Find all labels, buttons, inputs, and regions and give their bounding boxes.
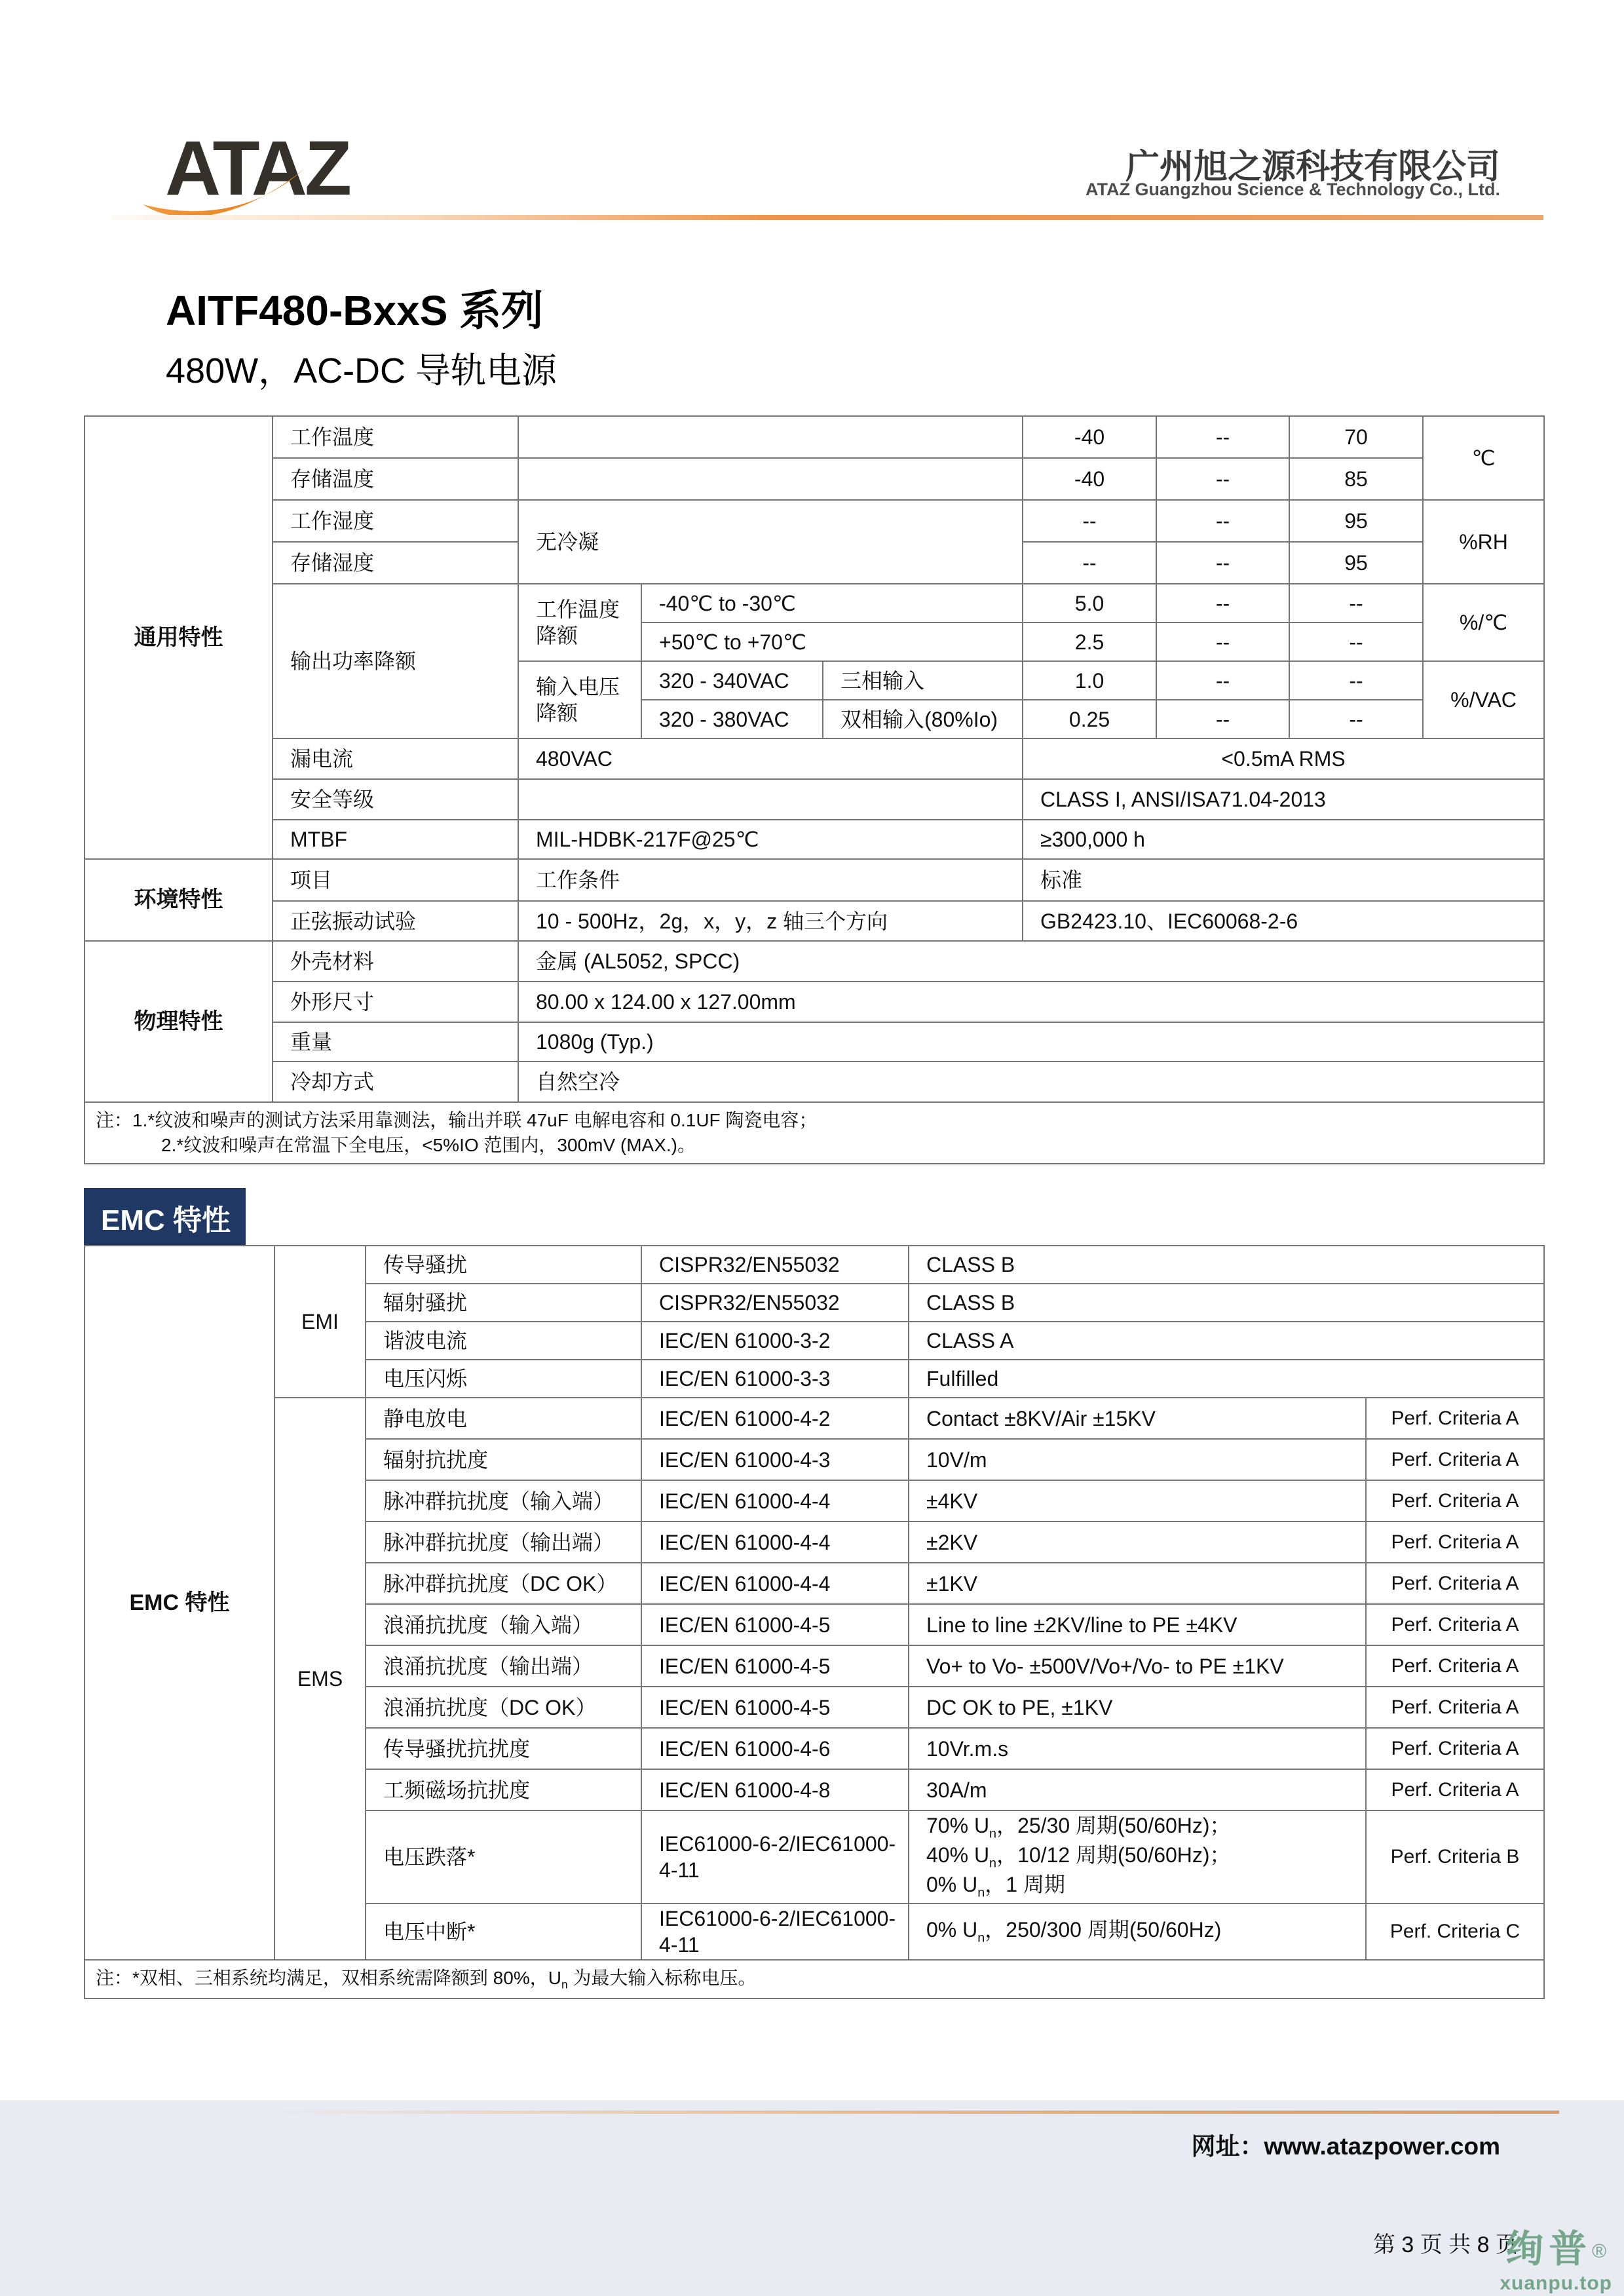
cell-typ: -- (1156, 584, 1289, 622)
cell-max: 95 (1289, 542, 1423, 584)
cell-unit: %/℃ (1423, 584, 1544, 661)
table-row: 重量 1080g (Typ.) (85, 1022, 1544, 1062)
website-text: 网址：www.atazpower.com (1192, 2126, 1501, 2162)
text: ，25/30 周期(50/60Hz)； (996, 1814, 1230, 1837)
cell-item: 脉冲群抗扰度（输出端） (366, 1521, 641, 1563)
cell-value: 80.00 x 124.00 x 127.00mm (518, 982, 1544, 1022)
cell-value: Vo+ to Vo- ±500V/Vo+/Vo- to PE ±1KV (909, 1645, 1366, 1687)
table-row: 物理特性 外壳材料 金属 (AL5052, SPCC) (85, 941, 1544, 982)
cell-label: 正弦振动试验 (273, 901, 518, 941)
cell-standard: IEC/EN 61000-4-5 (641, 1645, 909, 1687)
cell-value: CLASS B (909, 1246, 1544, 1284)
cell-item: 工频磁场抗扰度 (366, 1769, 641, 1810)
cell-condition: -40℃ to -30℃ (641, 584, 1023, 622)
table-row: 环境特性 项目 工作条件 标准 (85, 859, 1544, 901)
watermark: 绚普® xuanpu.top (1500, 2230, 1612, 2293)
cell-criteria: Perf. Criteria A (1366, 1687, 1544, 1728)
cell-value: Contact ±8KV/Air ±15KV (909, 1398, 1366, 1439)
cell-value: 10V/m (909, 1439, 1366, 1480)
cell-standard: IEC/EN 61000-4-2 (641, 1398, 909, 1439)
cell-min: -- (1023, 500, 1156, 542)
cell-standard: IEC/EN 61000-4-5 (641, 1687, 909, 1728)
cell-section: 物理特性 (85, 941, 273, 1102)
company-name-en: ATAZ Guangzhou Science & Technology Co.,… (1086, 180, 1500, 200)
table-row: 通用特性 工作温度 -40 -- 70 ℃ (85, 416, 1544, 458)
cell-item: 脉冲群抗扰度（DC OK） (366, 1563, 641, 1604)
watermark-cn: 绚普® (1500, 2230, 1612, 2268)
subscript-n: n (977, 1930, 985, 1945)
table-row: 外形尺寸 80.00 x 124.00 x 127.00mm (85, 982, 1544, 1022)
sublabel-line1: 工作温度 (536, 596, 634, 622)
cell-condition: 无冷凝 (518, 500, 1023, 584)
cell-criteria: Perf. Criteria C (1366, 1904, 1544, 1960)
cell-range: 320 - 340VAC (641, 661, 823, 700)
cell-label: MTBF (273, 820, 518, 859)
cell-phase: 双相输入(80%Io) (823, 700, 1023, 738)
cell-item: 传导骚扰抗扰度 (366, 1728, 641, 1769)
cell-item: 辐射抗扰度 (366, 1439, 641, 1480)
cell-value: 标准 (1023, 859, 1544, 901)
text: 0% U (926, 1918, 977, 1942)
cell-min: 5.0 (1023, 584, 1156, 622)
subscript-n: n (977, 1886, 985, 1900)
cell-standard: IEC/EN 61000-4-8 (641, 1769, 909, 1810)
text: ，250/300 周期(50/60Hz) (985, 1918, 1221, 1942)
cell-typ: -- (1156, 416, 1289, 458)
cell-range: 320 - 380VAC (641, 700, 823, 738)
general-spec-table: 通用特性 工作温度 -40 -- 70 ℃ 存储温度 -40 -- 85 工作湿… (84, 415, 1545, 1164)
cell-min: 2.5 (1023, 622, 1156, 661)
cell-max: -- (1289, 661, 1423, 700)
text: 注：*双相、三相系统均满足，双相系统需降额到 80%，U (96, 1968, 561, 1988)
cell-sublabel: 工作温度 降额 (518, 584, 641, 661)
cell-item: 脉冲群抗扰度（输入端） (366, 1480, 641, 1521)
cell-min: -- (1023, 542, 1156, 584)
cell-item: 传导骚扰 (366, 1246, 641, 1284)
cell-criteria: Perf. Criteria A (1366, 1480, 1544, 1521)
table-row: EMS 静电放电 IEC/EN 61000-4-2 Contact ±8KV/A… (85, 1398, 1544, 1439)
cell-item: 电压闪烁 (366, 1360, 641, 1398)
cell-value: Line to line ±2KV/line to PE ±4KV (909, 1604, 1366, 1645)
cell-standard: IEC/EN 61000-4-4 (641, 1480, 909, 1521)
page-subtitle: 480W，AC-DC 导轨电源 (166, 343, 557, 393)
cell-criteria: Perf. Criteria A (1366, 1439, 1544, 1480)
cell-unit: %RH (1423, 500, 1544, 584)
datasheet-page: ATAZ 广州旭之源科技有限公司 ATAZ Guangzhou Science … (0, 0, 1624, 2296)
cell-item: 辐射骚扰 (366, 1284, 641, 1322)
cell-max: -- (1289, 622, 1423, 661)
spec-notes: 注：1.*纹波和噪声的测试方法采用靠测法，输出并联 47uF 电解电容和 0.1… (85, 1102, 1544, 1164)
cell-typ: -- (1156, 661, 1289, 700)
cell-condition: 工作条件 (518, 859, 1023, 901)
cell-value: 0% Un，250/300 周期(50/60Hz) (909, 1904, 1366, 1960)
cell-standard: IEC/EN 61000-4-5 (641, 1604, 909, 1645)
cell-value: 金属 (AL5052, SPCC) (518, 941, 1544, 982)
cell-value: ≥300,000 h (1023, 820, 1544, 859)
cell-condition (518, 458, 1023, 500)
cell-criteria: Perf. Criteria A (1366, 1769, 1544, 1810)
cell-sublabel: 输入电压 降额 (518, 661, 641, 738)
subscript-n: n (561, 1978, 568, 1991)
cell-section: EMC 特性 (85, 1246, 274, 1960)
cell-value: 10Vr.m.s (909, 1728, 1366, 1769)
cell-typ: -- (1156, 500, 1289, 542)
page-title: AITF480-BxxS 系列 (166, 277, 543, 337)
cell-min: 1.0 (1023, 661, 1156, 700)
cell-label: 安全等级 (273, 779, 518, 820)
text: 40% U (926, 1843, 989, 1867)
sublabel-line1: 输入电压 (536, 674, 634, 700)
cell-unit: %/VAC (1423, 661, 1544, 738)
page-number: 第 3 页 共 8 页 (1373, 2227, 1518, 2259)
table-row: MTBF MIL-HDBK-217F@25℃ ≥300,000 h (85, 820, 1544, 859)
cell-max: 95 (1289, 500, 1423, 542)
cell-value: DC OK to PE, ±1KV (909, 1687, 1366, 1728)
cell-standard: IEC61000-6-2/IEC61000-4-11 (641, 1904, 909, 1960)
cell-label: 存储温度 (273, 458, 518, 500)
table-row: 工作湿度 无冷凝 -- -- 95 %RH (85, 500, 1544, 542)
cell-phase: 三相输入 (823, 661, 1023, 700)
cell-criteria: Perf. Criteria A (1366, 1521, 1544, 1563)
cell-section: 环境特性 (85, 859, 273, 941)
table-row: 存储温度 -40 -- 85 (85, 458, 1544, 500)
cell-label: 漏电流 (273, 738, 518, 779)
cell-standard: IEC/EN 61000-4-6 (641, 1728, 909, 1769)
cell-label: 冷却方式 (273, 1062, 518, 1102)
dip-line1: 70% Un，25/30 周期(50/60Hz)； (926, 1812, 1359, 1842)
cell-group-ems: EMS (274, 1398, 366, 1960)
cell-standard: IEC61000-6-2/IEC61000-4-11 (641, 1810, 909, 1904)
cell-group-emi: EMI (274, 1246, 366, 1398)
cell-max: -- (1289, 584, 1423, 622)
cell-value: 自然空冷 (518, 1062, 1544, 1102)
dip-line2: 40% Un，10/12 周期(50/60Hz)； (926, 1842, 1359, 1871)
cell-max: 85 (1289, 458, 1423, 500)
cell-criteria: Perf. Criteria A (1366, 1563, 1544, 1604)
cell-value: ±1KV (909, 1563, 1366, 1604)
cell-standard: IEC/EN 61000-3-3 (641, 1360, 909, 1398)
cell-label: 外壳材料 (273, 941, 518, 982)
cell-standard: IEC/EN 61000-4-4 (641, 1521, 909, 1563)
header-divider (111, 215, 1543, 220)
cell-criteria: Perf. Criteria A (1366, 1728, 1544, 1769)
cell-label: 工作温度 (273, 416, 518, 458)
text: ，1 周期 (985, 1873, 1065, 1896)
cell-item: 浪涌抗扰度（输入端） (366, 1604, 641, 1645)
cell-label: 外形尺寸 (273, 982, 518, 1022)
cell-condition: MIL-HDBK-217F@25℃ (518, 820, 1023, 859)
text: 0% U (926, 1873, 977, 1896)
cell-condition (518, 779, 1023, 820)
text: 70% U (926, 1814, 989, 1837)
cell-value: CLASS B (909, 1284, 1544, 1322)
text: 绚普 (1505, 2228, 1592, 2270)
cell-value: ±2KV (909, 1521, 1366, 1563)
cell-condition (518, 416, 1023, 458)
cell-value: 70% Un，25/30 周期(50/60Hz)； 40% Un，10/12 周… (909, 1810, 1366, 1904)
cell-condition: 480VAC (518, 738, 1023, 779)
cell-condition: +50℃ to +70℃ (641, 622, 1023, 661)
subscript-n: n (989, 1826, 996, 1841)
dip-line3: 0% Un，1 周期 (926, 1871, 1359, 1901)
cell-typ: -- (1156, 700, 1289, 738)
note-line1: 注：1.*纹波和噪声的测试方法采用靠测法，输出并联 47uF 电解电容和 0.1… (96, 1108, 1536, 1133)
cell-typ: -- (1156, 458, 1289, 500)
cell-standard: CISPR32/EN55032 (641, 1246, 909, 1284)
cell-condition: 10 - 500Hz，2g，x，y，z 轴三个方向 (518, 901, 1023, 941)
cell-unit: ℃ (1423, 416, 1544, 500)
table-row: 安全等级 CLASS I, ANSI/ISA71.04-2013 (85, 779, 1544, 820)
subscript-n: n (989, 1856, 996, 1871)
cell-min: -40 (1023, 458, 1156, 500)
cell-item: 电压跌落* (366, 1810, 641, 1904)
cell-value: 30A/m (909, 1769, 1366, 1810)
table-row: 漏电流 480VAC <0.5mA RMS (85, 738, 1544, 779)
cell-item: 浪涌抗扰度（输出端） (366, 1645, 641, 1687)
table-row: 冷却方式 自然空冷 (85, 1062, 1544, 1102)
cell-label: 工作湿度 (273, 500, 518, 542)
cell-max: 70 (1289, 416, 1423, 458)
cell-item: 电压中断* (366, 1904, 641, 1960)
text: 为最大输入标称电压。 (568, 1968, 757, 1988)
cell-value: CLASS A (909, 1322, 1544, 1360)
table-row: EMC 特性 EMI 传导骚扰 CISPR32/EN55032 CLASS B (85, 1246, 1544, 1284)
emc-note: 注：*双相、三相系统均满足，双相系统需降额到 80%，Un 为最大输入标称电压。 (85, 1960, 1544, 1999)
cell-standard: CISPR32/EN55032 (641, 1284, 909, 1322)
sublabel-line2: 降额 (536, 622, 634, 649)
cell-standard: IEC/EN 61000-4-4 (641, 1563, 909, 1604)
cell-section: 通用特性 (85, 416, 273, 859)
cell-item: 浪涌抗扰度（DC OK） (366, 1687, 641, 1728)
cell-item: 静电放电 (366, 1398, 641, 1439)
cell-max: -- (1289, 700, 1423, 738)
cell-value: <0.5mA RMS (1023, 738, 1544, 779)
table-row: 注：1.*纹波和噪声的测试方法采用靠测法，输出并联 47uF 电解电容和 0.1… (85, 1102, 1544, 1164)
cell-value: ±4KV (909, 1480, 1366, 1521)
cell-value: 1080g (Typ.) (518, 1022, 1544, 1062)
table-row: 注：*双相、三相系统均满足，双相系统需降额到 80%，Un 为最大输入标称电压。 (85, 1960, 1544, 1999)
watermark-domain: xuanpu.top (1500, 2274, 1612, 2293)
table-row: 输出功率降额 工作温度 降额 -40℃ to -30℃ 5.0 -- -- %/… (85, 584, 1544, 622)
cell-typ: -- (1156, 542, 1289, 584)
text: ，10/12 周期(50/60Hz)； (996, 1843, 1230, 1867)
cell-label: 项目 (273, 859, 518, 901)
cell-criteria: Perf. Criteria A (1366, 1398, 1544, 1439)
cell-label: 重量 (273, 1022, 518, 1062)
footer-divider (275, 2111, 1559, 2114)
cell-item: 谐波电流 (366, 1322, 641, 1360)
note-line2: 2.*纹波和噪声在常温下全电压，<5%IO 范围内，300mV (MAX.)。 (96, 1133, 1536, 1158)
cell-min: -40 (1023, 416, 1156, 458)
cell-value: CLASS I, ANSI/ISA71.04-2013 (1023, 779, 1544, 820)
emc-table: EMC 特性 EMI 传导骚扰 CISPR32/EN55032 CLASS B … (84, 1245, 1545, 1999)
cell-value: Fulfilled (909, 1360, 1544, 1398)
table-row: 正弦振动试验 10 - 500Hz，2g，x，y，z 轴三个方向 GB2423.… (85, 901, 1544, 941)
registered-mark-icon: ® (1592, 2241, 1606, 2263)
cell-criteria: Perf. Criteria A (1366, 1645, 1544, 1687)
cell-criteria: Perf. Criteria A (1366, 1604, 1544, 1645)
cell-criteria: Perf. Criteria B (1366, 1810, 1544, 1904)
cell-typ: -- (1156, 622, 1289, 661)
cell-label: 输出功率降额 (273, 584, 518, 738)
cell-label: 存储湿度 (273, 542, 518, 584)
cell-min: 0.25 (1023, 700, 1156, 738)
cell-standard: IEC/EN 61000-4-3 (641, 1439, 909, 1480)
cell-value: GB2423.10、IEC60068-2-6 (1023, 901, 1544, 941)
emc-section-badge: EMC 特性 (84, 1188, 246, 1246)
sublabel-line2: 降额 (536, 700, 634, 726)
cell-standard: IEC/EN 61000-3-2 (641, 1322, 909, 1360)
